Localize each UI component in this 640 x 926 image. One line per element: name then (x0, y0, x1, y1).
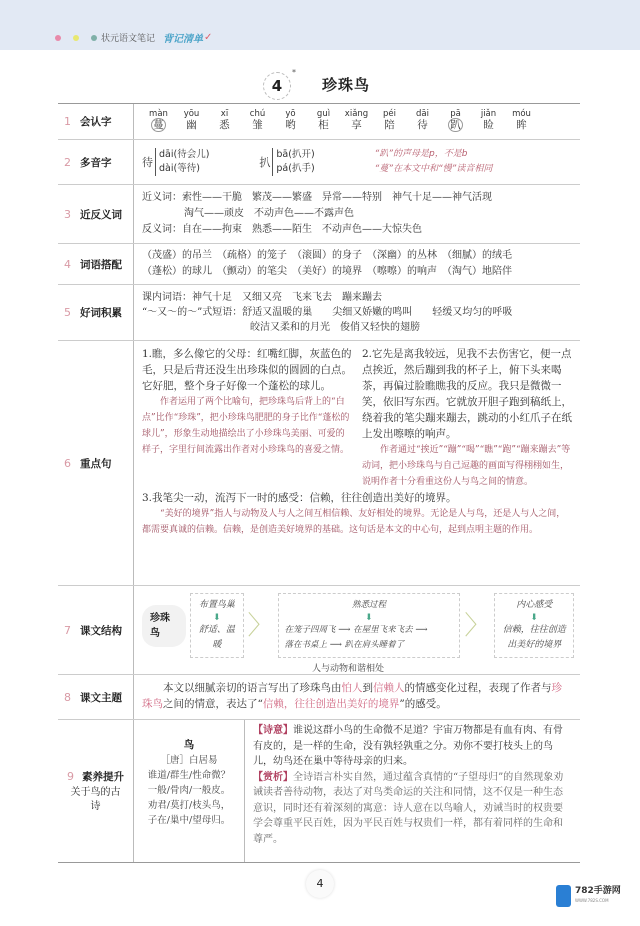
yellow-dot-icon (73, 35, 79, 41)
structure-diagram: 珍珠鸟 布置鸟巢⬇舒适、温暖 〉 熟悉过程⬇在笼子四周飞 ⟶ 在屋里飞来飞去 ⟶… (134, 586, 582, 674)
text: ”的感受。 (399, 698, 446, 710)
pinyin: dāi (416, 109, 429, 119)
char-item: jiǎn睑 (472, 109, 505, 131)
row-number: 6 (64, 457, 72, 470)
pinyin: móu (512, 109, 531, 119)
chevron-icon: 〉 (248, 613, 274, 639)
synonym-line: 淘气——顽皮 不动声色——不露声色 (142, 206, 572, 222)
row-polyphones: 2多音字 待 dāi(待会儿)dài(等待) 扒 bā(扒开)pá(扒手) “趴… (58, 140, 580, 185)
char-item: chú雏 (241, 109, 274, 131)
node-body: 信赖，往往创造出美好的境界 (501, 623, 567, 653)
diagram-flow: 珍珠鸟 布置鸟巢⬇舒适、温暖 〉 熟悉过程⬇在笼子四周飞 ⟶ 在屋里飞来飞去 ⟶… (142, 589, 574, 662)
brand-highlight: 背记清单 (163, 30, 203, 45)
text: 到 (363, 682, 374, 694)
sentence-text: 1.瞧，多么像它的父母：红嘴红脚，灰蓝色的毛，只是后背还没生出珍珠似的圆圆的白点… (142, 346, 352, 394)
antonym-line: 反义词：自在——拘束 熟悉——陌生 不动声色——大惊失色 (142, 222, 572, 238)
watermark: 782手游网WWW.782S.COM (556, 885, 621, 907)
row-number: 8 (64, 691, 72, 704)
node-body: 在笼子四周飞 ⟶ 在屋里飞来飞去 ⟶ (285, 623, 454, 638)
row-label: 6重点句 (58, 341, 134, 585)
arrow-down-icon: ⬇ (285, 613, 454, 623)
pinyin: jiǎn (481, 109, 496, 119)
analysis-text: 全诗语言朴实自然，通过蕴含真情的“子望母归”的自然现象劝诫读者善待动物，表达了对… (253, 772, 563, 845)
pinyin: yōu (184, 109, 200, 119)
row-label: 2多音字 (58, 140, 134, 184)
char-item: pā趴 (439, 109, 472, 131)
char-item: yō哟 (274, 109, 307, 131)
row-label: 5好词积累 (58, 285, 134, 340)
poem-title: 鸟 (134, 738, 244, 753)
watermark-url: WWW.782S.COM (575, 896, 621, 905)
arrow-down-icon: ⬇ (197, 613, 236, 623)
key-sentence-content: 1.瞧，多么像它的父母：红嘴红脚，灰蓝色的毛，只是后背还没生出珍珠似的圆圆的白点… (134, 341, 580, 585)
char-item: xī悉 (208, 109, 241, 131)
row-collocations: 4词语搭配 （茂盛）的吊兰 （疏格）的笼子 （滚圆）的身子 （深幽）的丛林 （细… (58, 244, 580, 285)
arrow-down-icon: ⬇ (501, 613, 567, 623)
char-item: móu眸 (505, 109, 538, 131)
char-item: guì柜 (307, 109, 340, 131)
row-title: 会认字 (80, 114, 112, 129)
highlight: 信赖人 (373, 682, 405, 694)
row-label: 3近反义词 (58, 185, 134, 243)
row-number: 3 (64, 208, 72, 221)
chevron-icon: 〉 (464, 613, 490, 639)
hanzi: 趴 (439, 120, 472, 131)
row-title: 课文结构 (80, 623, 122, 638)
lesson-header: 4 * 珍珠鸟 (0, 70, 640, 100)
row-title: 素养提升 (82, 771, 124, 783)
sentence-analysis: 作者运用了两个比喻句，把珍珠鸟后背上的“白点”比作“珍珠”，把小珍珠鸟肥肥的身子… (142, 394, 352, 458)
node-title: 熟悉过程 (285, 598, 454, 613)
text: 本文以细腻亲切的语言写出了珍珠鸟由 (163, 682, 342, 694)
poem: 鸟 ［唐］白居易 谁道/群生/性命微？一般/骨肉/一般皮。劝君/莫打/枝头鸟，子… (134, 720, 245, 862)
poem-author: ［唐］白居易 (134, 753, 244, 768)
row-title: 重点句 (80, 456, 112, 471)
row-key-sentences: 6重点句 1.瞧，多么像它的父母：红嘴红脚，灰蓝色的毛，只是后背还没生出珍珠似的… (58, 341, 580, 586)
pinyin: guì (317, 109, 330, 119)
row-subtitle: 关于鸟的古诗 (71, 786, 121, 814)
poem-line: 一般/骨肉/一般皮。 (134, 783, 244, 798)
row-number: 2 (64, 156, 72, 169)
sentence-text: 2.它先是离我较远，见我不去伤害它，便一点点挨近，然后蹦到我的杯子上，俯下头来喝… (362, 346, 572, 442)
hanzi: 待 (406, 120, 439, 131)
row-literacy: 9素养提升 关于鸟的古诗 鸟 ［唐］白居易 谁道/群生/性命微？一般/骨肉/一般… (58, 720, 580, 863)
reading: dāi(待会儿) (159, 149, 209, 160)
polyphone-readings: bā(扒开)pá(扒手) (272, 148, 314, 176)
poem-analysis: 【赏析】全诗语言朴实自然，通过蕴含真情的“子望母归”的自然现象劝诫读者善待动物，… (253, 770, 572, 848)
poem-line: 劝君/莫打/枝头鸟， (134, 798, 244, 813)
pinyin: xiǎng (345, 109, 368, 119)
hanzi: 睑 (472, 120, 505, 131)
row-theme: 8课文主题 本文以细腻亲切的语言写出了珍珠鸟由怕人到信赖人的情感变化过程，表现了… (58, 675, 580, 720)
analysis-tag: 【赏析】 (253, 772, 293, 783)
row-title: 词语搭配 (80, 257, 122, 272)
sentence-2: 2.它先是离我较远，见我不去伤害它，便一点点挨近，然后蹦到我的杯子上，俯下头来喝… (362, 346, 572, 490)
meaning-text: 谁说这群小鸟的生命微不足道？宇宙万物都是有血有肉、有骨有皮的，是一样的生命，没有… (253, 725, 563, 767)
synonym-line: 近义词：索性——干脆 繁茂——繁盛 异常——特别 神气十足——神气活现 (142, 190, 572, 206)
node-title: 布置鸟巢 (197, 598, 236, 613)
row-label: 1会认字 (58, 104, 134, 139)
center-node: 珍珠鸟 (142, 605, 186, 647)
row-number: 4 (64, 258, 72, 271)
node-process: 熟悉过程⬇在笼子四周飞 ⟶ 在屋里飞来飞去 ⟶落在书桌上 ⟶ 趴在肩头睡着了 (278, 593, 461, 658)
hanzi: 柜 (307, 120, 340, 131)
word-line: 皎洁又柔和的月光 俊俏又轻快的翅膀 (142, 320, 572, 335)
row-title: 好词积累 (80, 305, 122, 320)
row-good-words: 5好词积累 课内词语：神气十足 又细又亮 飞来飞去 蹦来蹦去 “～又～的～”式短… (58, 285, 580, 341)
sentence-1: 1.瞧，多么像它的父母：红嘴红脚，灰蓝色的毛，只是后背还没生出珍珠似的圆圆的白点… (142, 346, 352, 490)
note-line: “趴”的声母是p，不是b (375, 149, 468, 159)
theme-text: 本文以细腻亲切的语言写出了珍珠鸟由怕人到信赖人的情感变化过程，表现了作者与珍珠鸟… (134, 675, 580, 719)
text: 的情感变化过程，表现了作者与 (405, 682, 552, 694)
sentence-text: 3.我笔尖一动，流泻下一时的感受：信赖，往往创造出美好的境界。 (142, 490, 572, 506)
char-item: màn蔓 (142, 109, 175, 131)
collocation-line: （茂盛）的吊兰 （疏格）的笼子 （滚圆）的身子 （深幽）的丛林 （细腻）的绒毛 (142, 248, 572, 264)
row-label: 7课文结构 (58, 586, 134, 674)
star-icon: * (292, 68, 296, 77)
pinyin: péi (383, 109, 396, 119)
poem-line: 谁道/群生/性命微？ (134, 768, 244, 783)
good-words-content: 课内词语：神气十足 又细又亮 飞来飞去 蹦来蹦去 “～又～的～”式短语：舒适又温… (134, 285, 580, 340)
synonym-content: 近义词：索性——干脆 繁茂——繁盛 异常——特别 神气十足——神气活现 淘气——… (134, 185, 580, 243)
char-item: péi陪 (373, 109, 406, 131)
brand-header: 状元语文笔记 背记清单 ✓ (55, 30, 212, 45)
polyphone-readings: dāi(待会儿)dài(等待) (155, 148, 209, 176)
watermark-name: 782手游网 (575, 887, 621, 896)
pinyin: xī (221, 109, 228, 119)
char-item: dāi待 (406, 109, 439, 131)
row-label: 8课文主题 (58, 675, 134, 719)
collocation-line: （蓬松）的球儿 （颤动）的笔尖 （美好）的境界 （嚓嚓）的响声 （淘气）地陪伴 (142, 264, 572, 280)
annotation-note: “趴”的声母是p，不是b“蔓”在本文中和“慢”读音相同 (375, 147, 493, 177)
watermark-logo-icon (556, 885, 571, 907)
hanzi: 悉 (208, 120, 241, 131)
sentence-analysis: 作者通过“挨近”“蹦”“喝”“瞧”“跑”“蹦来蹦去”等动词，把小珍珠鸟与自己逗趣… (362, 442, 572, 490)
reading: dài(等待) (159, 163, 200, 174)
collocation-content: （茂盛）的吊兰 （疏格）的笼子 （滚圆）的身子 （深幽）的丛林 （细腻）的绒毛 … (134, 244, 580, 284)
lesson-number: 4 (263, 72, 291, 100)
row-synonyms: 3近反义词 近义词：索性——干脆 繁茂——繁盛 异常——特别 神气十足——神气活… (58, 185, 580, 244)
row-title: 近反义词 (80, 207, 122, 222)
poem-content: 鸟 ［唐］白居易 谁道/群生/性命微？一般/骨肉/一般皮。劝君/莫打/枝头鸟，子… (134, 720, 580, 862)
sentence-columns: 1.瞧，多么像它的父母：红嘴红脚，灰蓝色的毛，只是后背还没生出珍珠似的圆圆的白点… (142, 346, 572, 490)
hanzi: 雏 (241, 120, 274, 131)
pinyin: chú (250, 109, 265, 119)
pinyin: yō (285, 109, 295, 119)
highlight: 信赖，往往创造出美好的境界 (263, 698, 400, 710)
pink-dot-icon (55, 35, 61, 41)
poem-notes: 【诗意】谁说这群小鸟的生命微不足道？宇宙万物都是有血有肉、有骨有皮的，是一样的生… (245, 720, 580, 862)
row-number: 9 (67, 770, 74, 783)
hanzi: 蔓 (142, 120, 175, 131)
poem-meaning: 【诗意】谁说这群小鸟的生命微不足道？宇宙万物都是有血有肉、有骨有皮的，是一样的生… (253, 723, 572, 770)
brand-name: 状元语文笔记 (101, 31, 155, 44)
char-item: xiǎng享 (340, 109, 373, 131)
check-icon: ✓ (204, 32, 212, 43)
reading: pá(扒手) (276, 163, 314, 174)
row-number: 7 (64, 624, 72, 637)
page-number: 4 (306, 870, 334, 898)
note-line: “蔓”在本文中和“慢”读音相同 (375, 164, 493, 174)
char-list: màn蔓yōu幽xī悉chú雏yō哟guì柜xiǎng享péi陪dāi待pā趴j… (134, 104, 580, 139)
reading: bā(扒开) (276, 149, 314, 160)
notes-table: 1会认字 màn蔓yōu幽xī悉chú雏yō哟guì柜xiǎng享péi陪dāi… (58, 103, 580, 863)
hanzi: 陪 (373, 120, 406, 131)
row-label: 4词语搭配 (58, 244, 134, 284)
word-line: “～又～的～”式短语：舒适又温暖的巢 尖细又娇嫩的鸣叫 轻缓又均匀的呼吸 (142, 305, 572, 320)
row-structure: 7课文结构 珍珠鸟 布置鸟巢⬇舒适、温暖 〉 熟悉过程⬇在笼子四周飞 ⟶ 在屋里… (58, 586, 580, 675)
text: 之间的情意，表达了“ (163, 698, 263, 710)
teal-dot-icon (91, 35, 97, 41)
poem-lines: 谁道/群生/性命微？一般/骨肉/一般皮。劝君/莫打/枝头鸟，子在/巢中/望母归。 (134, 768, 244, 828)
row-title: 多音字 (80, 155, 112, 170)
poem-line: 子在/巢中/望母归。 (134, 813, 244, 828)
watermark-text: 782手游网WWW.782S.COM (575, 887, 621, 905)
row-number: 1 (64, 115, 72, 128)
node-feeling: 内心感受⬇信赖，往往创造出美好的境界 (494, 593, 574, 658)
row-label: 9素养提升 关于鸟的古诗 (58, 720, 134, 862)
row-recognize-chars: 1会认字 màn蔓yōu幽xī悉chú雏yō哟guì柜xiǎng享péi陪dāi… (58, 104, 580, 140)
sentence-analysis: “美好的境界”指人与动物及人与人之间互相信赖、友好相处的境界。无论是人与鸟，还是… (142, 506, 572, 538)
row-title: 课文主题 (80, 690, 122, 705)
node-title: 内心感受 (501, 598, 567, 613)
row-number: 5 (64, 306, 72, 319)
node-body: 落在书桌上 ⟶ 趴在肩头睡着了 (285, 638, 454, 653)
polyphone-char: 待 (142, 155, 153, 170)
hanzi: 哟 (274, 120, 307, 131)
hanzi: 眸 (505, 120, 538, 131)
polyphone-content: 待 dāi(待会儿)dài(等待) 扒 bā(扒开)pá(扒手) “趴”的声母是… (134, 140, 580, 184)
meaning-tag: 【诗意】 (253, 725, 293, 736)
highlight: 怕人 (342, 682, 363, 694)
char-item: yōu幽 (175, 109, 208, 131)
polyphone-char: 扒 (259, 155, 270, 170)
word-line: 课内词语：神气十足 又细又亮 飞来飞去 蹦来蹦去 (142, 290, 572, 305)
lesson-title: 珍珠鸟 (322, 74, 370, 95)
hanzi: 享 (340, 120, 373, 131)
hanzi: 幽 (175, 120, 208, 131)
node-body: 舒适、温暖 (197, 623, 236, 653)
node-nest: 布置鸟巢⬇舒适、温暖 (190, 593, 243, 658)
